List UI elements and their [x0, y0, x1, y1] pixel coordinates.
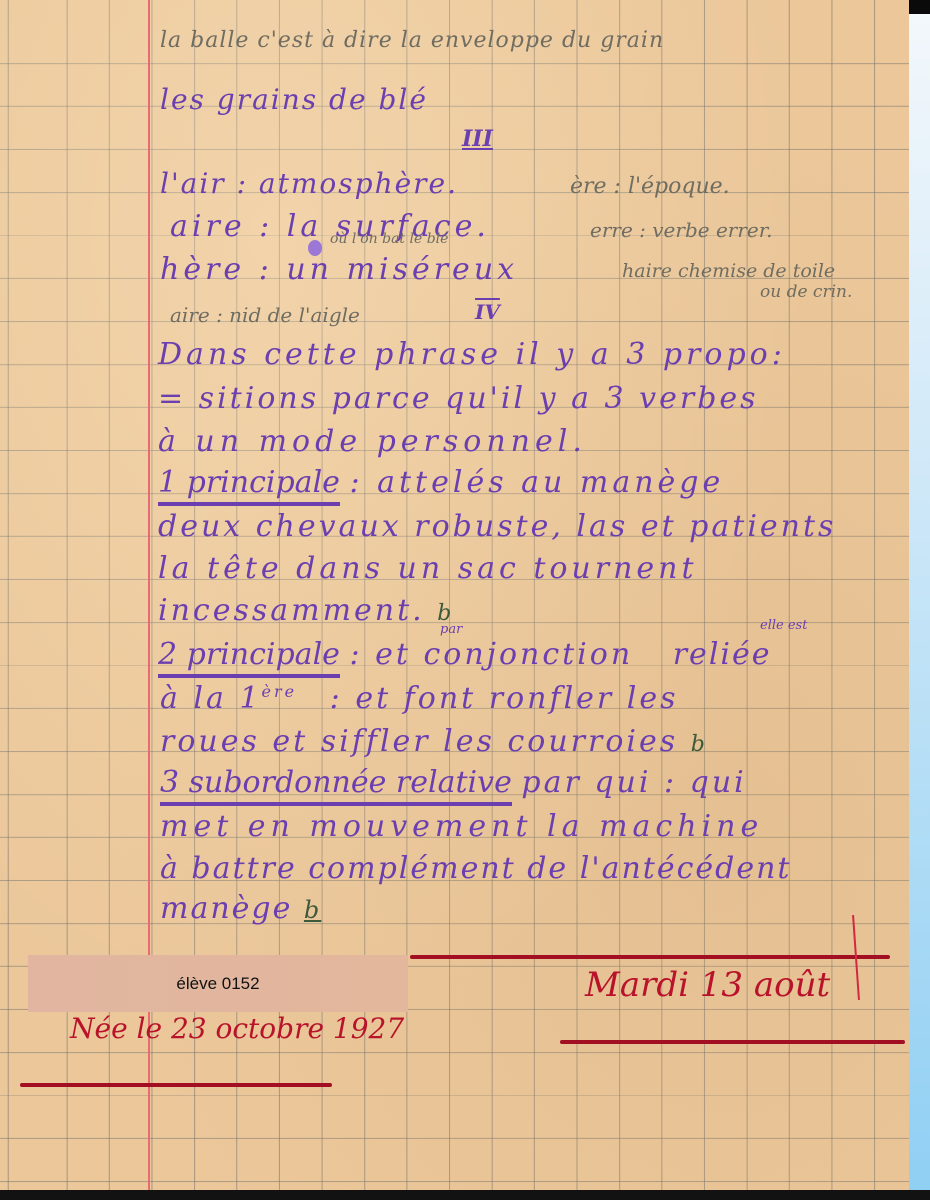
- annotation: où l'on bat le blé: [330, 232, 448, 246]
- clause-text: : attelés au manège: [349, 465, 724, 500]
- teacher-mark: b: [304, 896, 321, 924]
- annotation: par: [440, 622, 462, 637]
- text-line: l'air : atmosphère.: [160, 170, 458, 198]
- text-line: Dans cette phrase il y a 3 propo:: [158, 340, 786, 370]
- text-line: les grains de blé: [160, 86, 428, 114]
- notebook-page: la balle c'est à dire la enveloppe du gr…: [0, 0, 909, 1190]
- text-line: haire chemise de toile: [622, 262, 835, 281]
- text-line: met en mouvement la machine: [160, 812, 763, 842]
- text-line: deux chevaux robuste, las et patients: [158, 512, 836, 542]
- annotation: elle est: [760, 618, 807, 633]
- text-line: 2 principale : et conjonction reliée: [158, 640, 772, 670]
- clause-text: reliée: [673, 637, 772, 672]
- text-line: = sitions parce qu'il y a 3 verbes: [158, 384, 759, 414]
- teacher-mark: b: [691, 732, 708, 757]
- clause-text: manège: [160, 891, 292, 926]
- text-line: à la 1ère : et font ronfler les: [160, 684, 679, 714]
- scan-edge-top: [909, 0, 930, 14]
- superscript: ère: [262, 682, 298, 701]
- text-line: à un mode personnel.: [158, 427, 587, 457]
- scan-edge-bottom: [0, 1190, 930, 1200]
- clause-text: par qui : qui: [521, 765, 746, 800]
- text-line: aire : nid de l'aigle: [170, 305, 360, 325]
- birth-date: Née le 23 octobre 1927: [70, 1015, 404, 1043]
- clause-text: à la 1: [160, 681, 262, 716]
- student-label: élève 0152: [28, 955, 408, 1012]
- clause-text: : et conjonction: [349, 637, 633, 672]
- text-line: ou de crin.: [760, 284, 852, 301]
- clause-text: roues et siffler les courroies: [160, 724, 678, 759]
- scanner-background: [909, 0, 930, 1200]
- clause-label: 1 principale: [158, 465, 340, 506]
- text-line: incessamment. b: [158, 596, 454, 626]
- clause-label: 3 subordonnée relative: [160, 765, 512, 806]
- section-heading: IV: [475, 302, 500, 322]
- text-line: 1 principale : attelés au manège: [158, 468, 724, 498]
- text-line: erre : verbe errer.: [590, 220, 772, 240]
- text-line: 3 subordonnée relative par qui : qui: [160, 768, 747, 798]
- text-line: à battre complément de l'antécédent: [160, 854, 791, 884]
- text-line: ère : l'époque.: [570, 176, 730, 198]
- text-line: roues et siffler les courroies b: [160, 727, 708, 757]
- student-id: élève 0152: [176, 974, 259, 994]
- text-line: manège b: [160, 894, 321, 924]
- text-line: hère : un miséreux: [160, 255, 518, 285]
- clause-text: : et font ronfler les: [330, 681, 679, 716]
- text-line: la balle c'est à dire la enveloppe du gr…: [160, 30, 664, 52]
- red-rule: [560, 1040, 905, 1044]
- clause-label: 2 principale: [158, 637, 340, 678]
- text-line: la tête dans un sac tournent: [158, 554, 698, 584]
- red-rule: [20, 1083, 332, 1087]
- clause-text: incessamment.: [158, 593, 425, 628]
- date-heading: Mardi 13 août: [585, 968, 830, 1002]
- section-heading: III: [462, 128, 493, 150]
- red-rule: [410, 955, 890, 959]
